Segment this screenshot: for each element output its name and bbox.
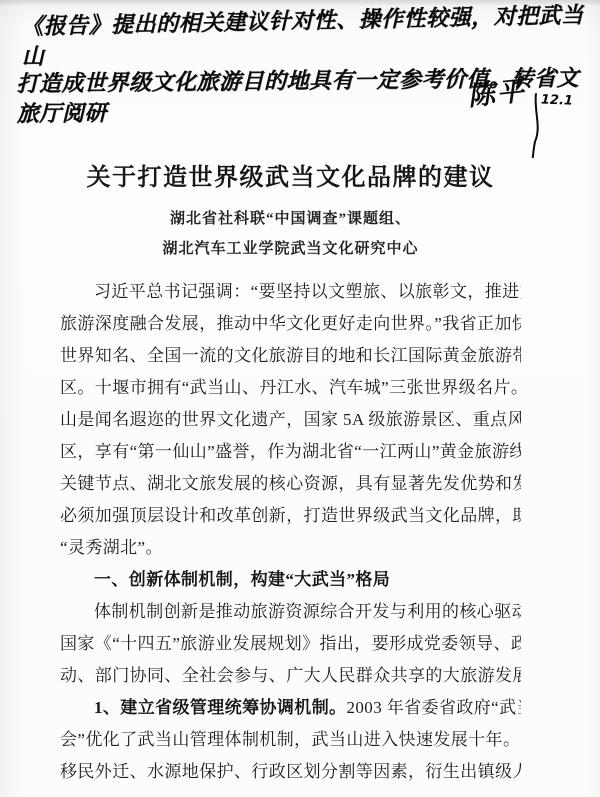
- document-paragraphs: 习近平总书记强调：“要坚持以文塑旅、以旅彰文，推进文化和 旅游深度融合发展，推动…: [60, 276, 521, 788]
- body-line: 山是闻名遐迩的世界文化遗产，国家 5A 级旅游景区、重点风景名胜: [60, 404, 521, 436]
- body-line: 移民外迁、水源地保护、行政区划分割等因素，衍生出镇级人口经济: [60, 756, 521, 788]
- signature-name: 陈平: [466, 75, 527, 112]
- body-line: 必须加强顶层设计和改革创新，打造世界级武当文化品牌，助力塑造: [60, 500, 521, 532]
- document-title: 关于打造世界级武当文化品牌的建议: [60, 162, 521, 194]
- body-line: “灵秀湖北”。: [60, 532, 521, 564]
- body-line: 世界知名、全国一流的文化旅游目的地和长江国际黄金旅游带核心: [60, 340, 521, 372]
- byline-org-1: 湖北省社科联“中国调查”课题组、: [60, 204, 521, 234]
- document-body-block: 关于打造世界级武当文化品牌的建议 湖北省社科联“中国调查”课题组、 湖北汽车工业…: [60, 162, 521, 788]
- handwritten-annotation-line1: 《报告》提出的相关建议针对性、操作性较强，对把武当山: [21, 1, 592, 73]
- scanned-document-page: 《报告》提出的相关建议针对性、操作性较强，对把武当山 打造成世界级文化旅游目的地…: [0, 0, 600, 797]
- signature-date: 12.1: [541, 93, 574, 109]
- body-line: 区。十堰市拥有“武当山、丹江水、汽车城”三张世界级名片。武当: [60, 372, 521, 404]
- body-line: 习近平总书记强调：“要坚持以文塑旅、以旅彰文，推进文化和: [60, 276, 521, 308]
- section-heading: 一、创新体制机制，构建“大武当”格局: [60, 564, 521, 596]
- byline-org-2: 湖北汽车工业学院武当文化研究中心: [60, 234, 521, 264]
- body-line: 旅游深度融合发展，推动中华文化更好走向世界。”我省正加快建设: [60, 308, 521, 340]
- body-line: 关键节点、湖北文旅发展的核心资源，具有显著先发优势和发展前景。: [60, 468, 521, 500]
- body-line: 体制机制创新是推动旅游资源综合开发与利用的核心驱动力。: [60, 596, 521, 628]
- body-line: 会”优化了武当山管理体制机制，武当山进入快速发展十年。但由于: [60, 724, 521, 756]
- body-line: 区，享有“第一仙山”盛誉，作为湖北省“一江两山”黄金旅游线的: [60, 436, 521, 468]
- handwritten-signature: 陈平 12.1: [466, 62, 595, 164]
- document-byline: 湖北省社科联“中国调查”课题组、 湖北汽车工业学院武当文化研究中心: [60, 204, 521, 264]
- body-line: 动、部门协同、全社会参与、广大人民群众共享的大旅游发展格局。: [60, 660, 521, 692]
- body-line: 1、建立省级管理统筹协调机制。2003 年省委省政府“武当现场: [60, 692, 521, 724]
- body-line: 国家《“十四五”旅游业发展规划》指出，要形成党委领导、政府推: [60, 628, 521, 660]
